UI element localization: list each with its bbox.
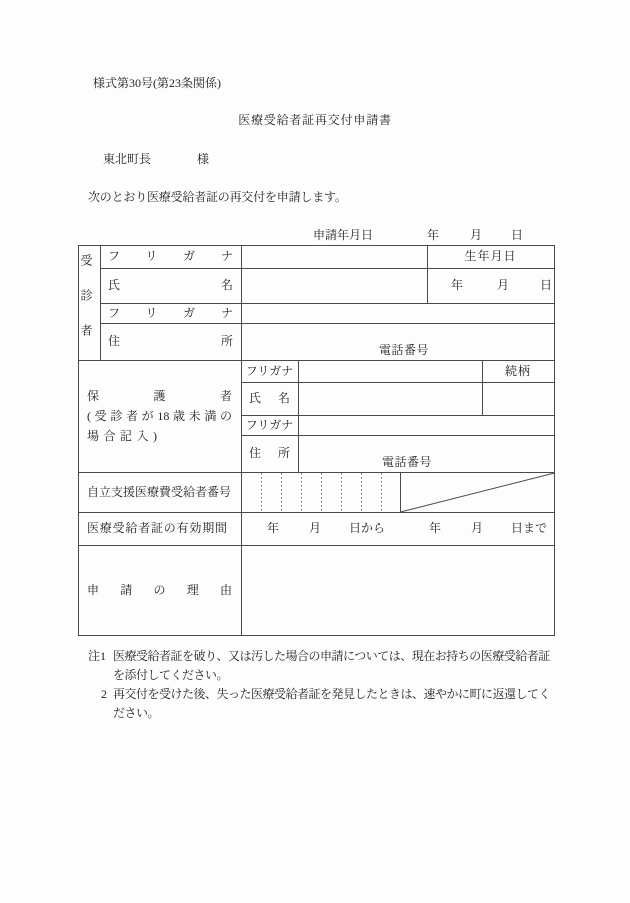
guardian-furigana-field xyxy=(299,361,481,381)
application-reason-label: 申請の理由 xyxy=(78,545,241,635)
application-reason-field xyxy=(242,546,553,634)
patient-address-label: 住所 xyxy=(100,323,241,360)
validity-from-month: 月 xyxy=(309,512,321,545)
form-page: 様式第30号(第23条関係) 医療受給者証再交付申請書 東北町長様 次のとおり医… xyxy=(0,0,630,903)
patient-name-field xyxy=(242,269,426,302)
guardian-furigana-label: フリガナ xyxy=(241,360,298,382)
guardian-section-note-1: (受診者が18歳未満の xyxy=(78,406,241,426)
guardian-relation-header: 続柄 xyxy=(482,360,554,382)
application-date-day: 日 xyxy=(511,227,523,243)
guardian-name-label: 氏名 xyxy=(241,382,298,415)
guardian-address-field xyxy=(299,436,553,454)
note-1-text-continued: を添付してください。 xyxy=(113,667,228,683)
note-2-marker: 2 xyxy=(101,686,107,702)
form-number: 様式第30号(第23条関係) xyxy=(93,75,221,91)
patient-section-label: 受診者 xyxy=(83,254,97,360)
patient-furigana2-label: フリガナ xyxy=(100,303,241,323)
application-date-year: 年 xyxy=(427,227,439,243)
patient-name-label: 氏名 xyxy=(100,268,241,303)
guardian-section-title: 保護者 xyxy=(78,386,241,406)
note-2-text-continued: ださい。 xyxy=(113,705,159,721)
validity-from-year: 年 xyxy=(267,512,279,545)
diagonal-strike-line xyxy=(401,473,555,512)
patient-address-field xyxy=(242,324,553,342)
document-title: 医療受給者証再交付申請書 xyxy=(0,112,630,128)
guardian-relation-field xyxy=(483,383,553,414)
patient-birth-year: 年 xyxy=(451,268,463,303)
validity-to-day: 日まで xyxy=(511,512,547,545)
validity-to-month: 月 xyxy=(471,512,483,545)
note-1-marker: 注1 xyxy=(88,648,106,664)
addressee-line: 東北町長様 xyxy=(103,151,209,167)
patient-furigana-label: フリガナ xyxy=(100,245,241,268)
addressee-honorific: 様 xyxy=(197,152,209,166)
validity-period-label: 医療受給者証の有効期間 xyxy=(78,512,241,545)
patient-birth-month: 月 xyxy=(497,268,509,303)
guardian-furigana2-field xyxy=(299,416,553,434)
guardian-section-label: 保護者 (受診者が18歳未満の 場合記入) xyxy=(78,360,241,472)
guardian-name-field xyxy=(299,383,481,414)
addressee: 東北町長 xyxy=(103,152,151,166)
guardian-furigana2-label: フリガナ xyxy=(241,415,298,435)
validity-to-year: 年 xyxy=(429,512,441,545)
patient-birthdate-header: 生年月日 xyxy=(427,245,554,268)
intro-text: 次のとおり医療受給者証の再交付を申請します。 xyxy=(88,189,347,205)
application-date-label: 申請年月日 xyxy=(313,227,373,243)
note-1-text: 医療受給者証を破り、又は汚した場合の申請については、現在お持ちの医療受給者証 xyxy=(113,648,550,664)
note-2-text: 再交付を受けた後、失った医療受給者証を発見したときは、速やかに町に返還してく xyxy=(113,686,550,702)
guardian-phone-label: 電話番号 xyxy=(382,455,432,470)
patient-birth-day: 日 xyxy=(540,268,552,303)
recipient-number-label: 自立支援医療費受給者番号 xyxy=(78,472,241,512)
guardian-address-label: 住所 xyxy=(241,435,298,472)
guardian-section-note-2: 場合記入) xyxy=(78,426,241,446)
patient-phone-label: 電話番号 xyxy=(379,343,429,358)
validity-from-day: 日から xyxy=(349,512,385,545)
patient-furigana2-field xyxy=(242,304,553,322)
patient-furigana-field xyxy=(242,246,426,267)
recipient-number-boxes xyxy=(242,473,399,511)
application-date-month: 月 xyxy=(470,227,482,243)
